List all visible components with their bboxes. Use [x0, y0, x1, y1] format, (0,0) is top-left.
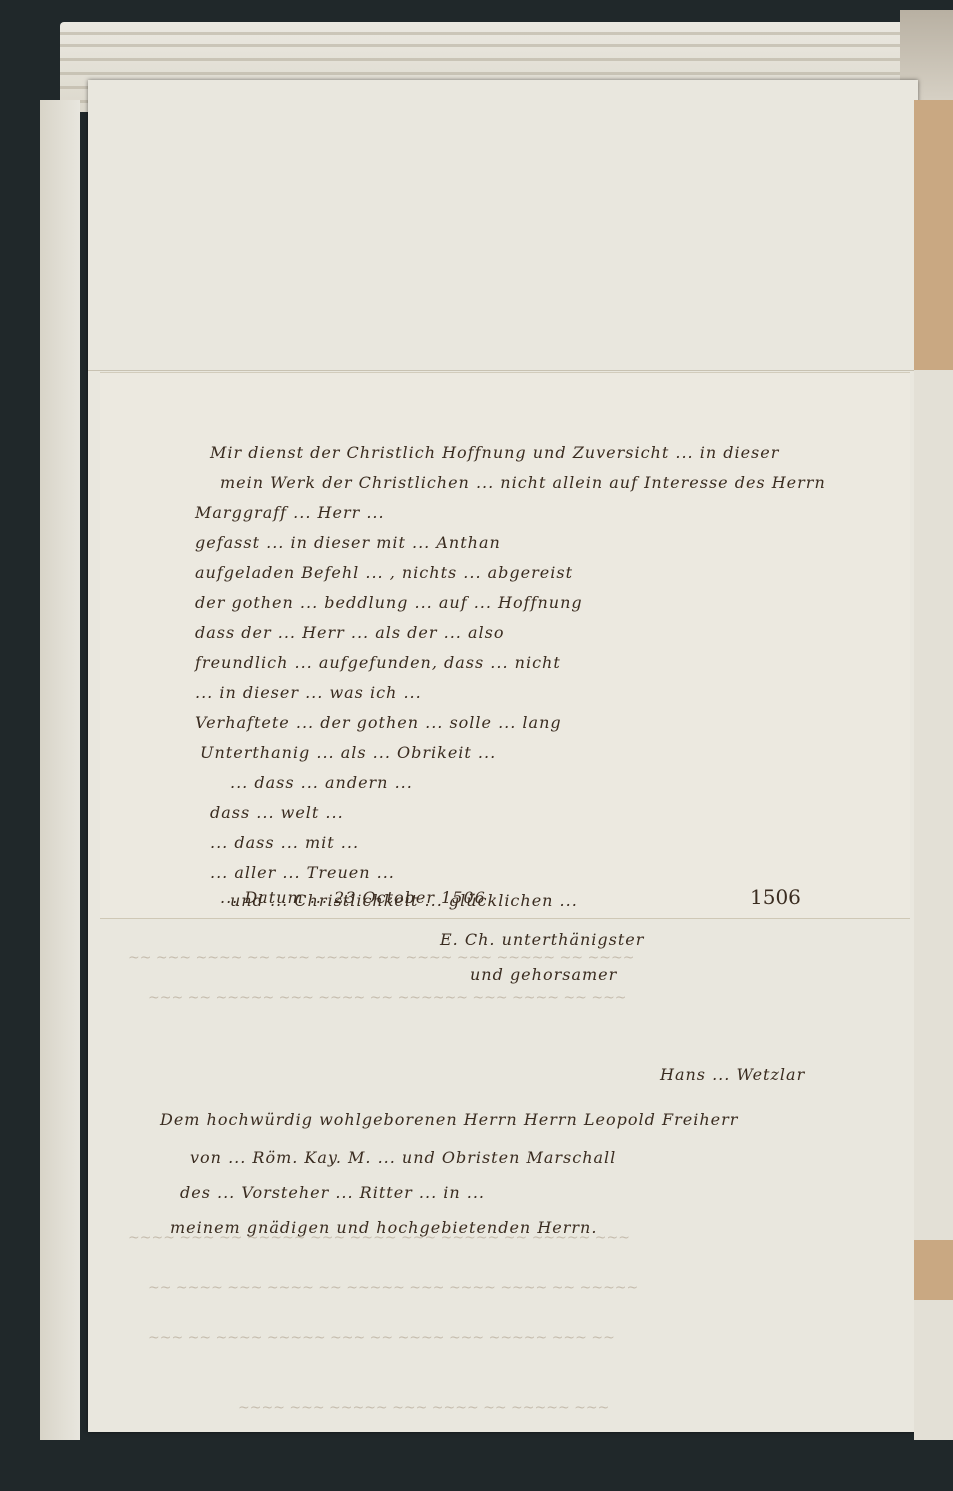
address-line: Dem hochwürdig wohlgeborenen Herrn Herrn…	[160, 1110, 738, 1129]
letter-line: ... dass ... mit ...	[210, 833, 359, 852]
letter-line: freundlich ... aufgefunden, dass ... nic…	[195, 653, 561, 672]
right-page	[914, 100, 953, 1440]
closing-line: und gehorsamer	[470, 965, 617, 984]
bleed-through-text: ~~~ ~~ ~~~~~ ~~~ ~~~~ ~~ ~~~~~~ ~~~ ~~~~…	[148, 990, 627, 1006]
bleed-through-text: ~~ ~~~ ~~~~ ~~ ~~~ ~~~~~ ~~ ~~~~ ~~~ ~~~…	[128, 950, 634, 966]
letter-line: Marggraff ... Herr ...	[195, 503, 385, 522]
address-line: meinem gnädigen und hochgebietenden Herr…	[170, 1218, 597, 1237]
bleed-through-text: ~~ ~~~~ ~~~ ~~~~ ~~ ~~~~~ ~~~ ~~~~ ~~~~ …	[148, 1280, 638, 1296]
fold-line	[88, 370, 918, 371]
letter-line: Mir dienst der Christlich Hoffnung und Z…	[210, 443, 779, 462]
letter-line: dass der ... Herr ... als der ... also	[195, 623, 504, 642]
bleed-through-text: ~~~ ~~ ~~~~ ~~~~~ ~~~ ~~ ~~~~ ~~~ ~~~~~ …	[148, 1330, 615, 1346]
date-line: ... Datum ... 23 October 1506	[220, 888, 486, 907]
signature: Hans ... Wetzlar	[660, 1065, 805, 1084]
tan-paper-strip	[914, 100, 953, 370]
address-line: des ... Vorsteher ... Ritter ... in ...	[180, 1183, 485, 1202]
tan-paper-strip	[914, 1240, 953, 1300]
left-page-edges	[40, 100, 80, 1440]
letter-sheet: Mir dienst der Christlich Hoffnung und Z…	[100, 372, 910, 919]
letter-line: gefasst ... in dieser mit ... Anthan	[195, 533, 501, 552]
letter-line: Unterthanig ... als ... Obrikeit ...	[200, 743, 496, 762]
address-line: von ... Röm. Kay. M. ... und Obristen Ma…	[190, 1148, 616, 1167]
letter-line: ... in dieser ... was ich ...	[195, 683, 422, 702]
letter-line: dass ... welt ...	[210, 803, 344, 822]
letter-line: der gothen ... beddlung ... auf ... Hoff…	[195, 593, 583, 612]
letter-line: aufgeladen Befehl ... , nichts ... abger…	[195, 563, 573, 582]
bleed-through-text: ~~~~ ~~~ ~~~~~ ~~~ ~~~~ ~~ ~~~~~ ~~~	[238, 1400, 609, 1416]
letter-line: ... dass ... andern ...	[230, 773, 413, 792]
date-year: 1506	[750, 885, 801, 909]
letter-line: ... aller ... Treuen ...	[210, 863, 395, 882]
closing-line: E. Ch. unterthänigster	[440, 930, 644, 949]
letter-line: mein Werk der Christlichen ... nicht all…	[220, 473, 826, 492]
letter-line: Verhaftete ... der gothen ... solle ... …	[195, 713, 562, 732]
